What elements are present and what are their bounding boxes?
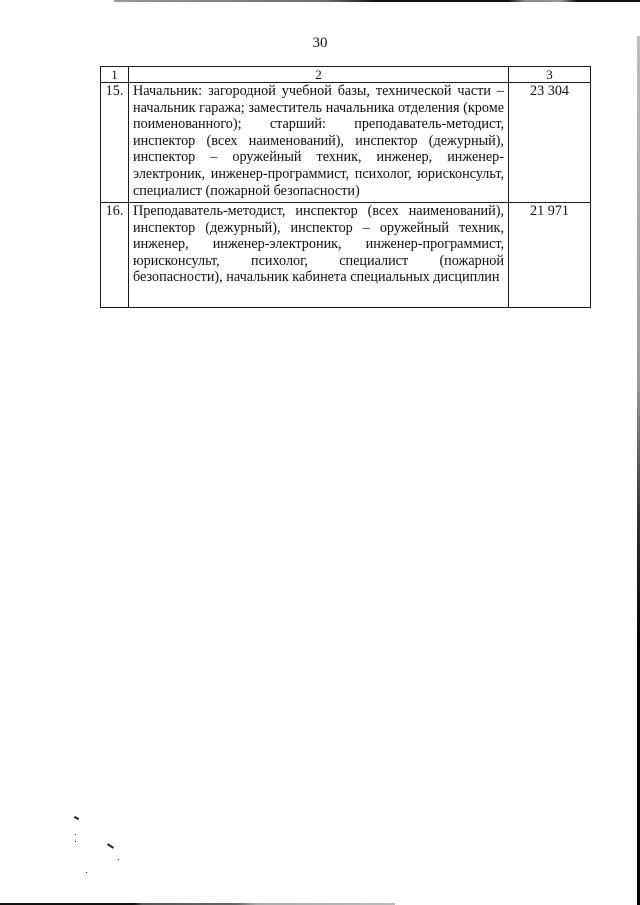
column-header: 2 xyxy=(129,67,509,83)
position-salary-table: 1 2 3 15. Начальник: загородной учебной … xyxy=(100,66,591,308)
position-description: Преподаватель-методист, инспектор (всех … xyxy=(129,203,509,308)
table-row: 15. Начальник: загородной учебной базы, … xyxy=(101,83,591,203)
row-number: 16. xyxy=(101,203,129,308)
scan-speck xyxy=(86,872,87,873)
column-header: 1 xyxy=(101,67,129,83)
scan-speck xyxy=(75,841,76,842)
salary-amount: 21 971 xyxy=(509,203,591,308)
page-number: 30 xyxy=(0,34,640,52)
scan-speck xyxy=(107,843,114,848)
position-description: Начальник: загородной учебной базы, техн… xyxy=(129,83,509,203)
scan-speck xyxy=(75,834,76,835)
salary-amount: 23 304 xyxy=(509,83,591,203)
scan-speck xyxy=(118,859,119,860)
row-number: 15. xyxy=(101,83,129,203)
scan-border-top xyxy=(114,0,640,2)
table-header-row: 1 2 3 xyxy=(101,67,591,83)
scan-speck xyxy=(74,816,79,820)
column-header: 3 xyxy=(509,67,591,83)
table-row: 16. Преподаватель-методист, инспектор (в… xyxy=(101,203,591,308)
